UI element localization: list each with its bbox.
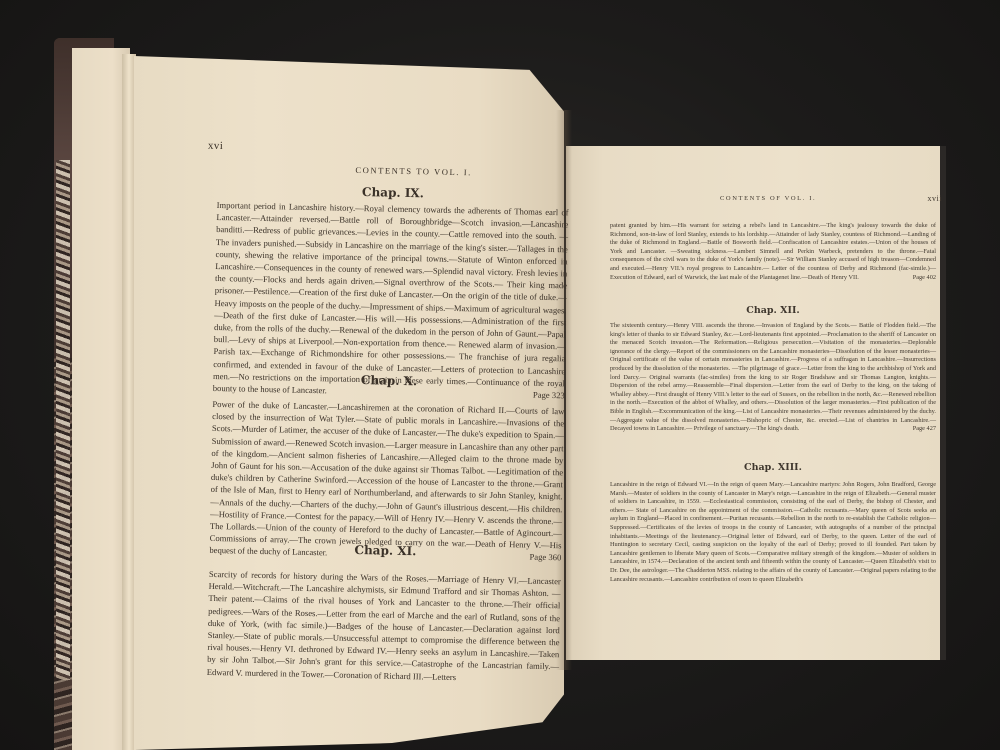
chapter-heading: Chap. XII.: [610, 305, 936, 316]
marbled-edge: [56, 160, 70, 680]
chapter-summary: Scarcity of records for history during t…: [207, 568, 561, 685]
chapter-xii: Chap. XII. The sixteenth century.—Henry …: [610, 305, 936, 434]
chapter-summary: Lancashire in the reign of Edward VI.—In…: [610, 481, 936, 584]
gutter-fold: [122, 54, 136, 750]
page-reference: Page 427: [913, 425, 936, 434]
page-reference: Page 402: [913, 274, 936, 283]
chapter-xi-continuation: patent granted by him.—His warrant for s…: [610, 222, 936, 282]
chapter-heading: Chap. XIII.: [610, 462, 936, 473]
chapter-xiii: Chap. XIII. Lancashire in the reign of E…: [610, 462, 936, 584]
book-photo: xvi CONTENTS TO VOL. I. Chap. IX. Import…: [0, 0, 1000, 750]
chapter-summary: patent granted by him.—His warrant for s…: [610, 222, 936, 282]
chapter-xi: Chap. XI. Scarcity of records for histor…: [207, 540, 562, 685]
page-number: xvii: [928, 194, 942, 203]
chapter-ix: Chap. IX. Important period in Lancashire…: [213, 182, 569, 402]
chapter-summary: Power of the duke of Lancaster.—Lancashi…: [209, 398, 564, 564]
chapter-summary: The sixteenth century.—Henry VIII. ascen…: [610, 322, 936, 434]
running-head: CONTENTS OF VOL. I.: [720, 195, 816, 202]
chapter-x: Chap. X. Power of the duke of Lancaster.…: [209, 370, 565, 564]
page-number: xvi: [208, 140, 224, 152]
